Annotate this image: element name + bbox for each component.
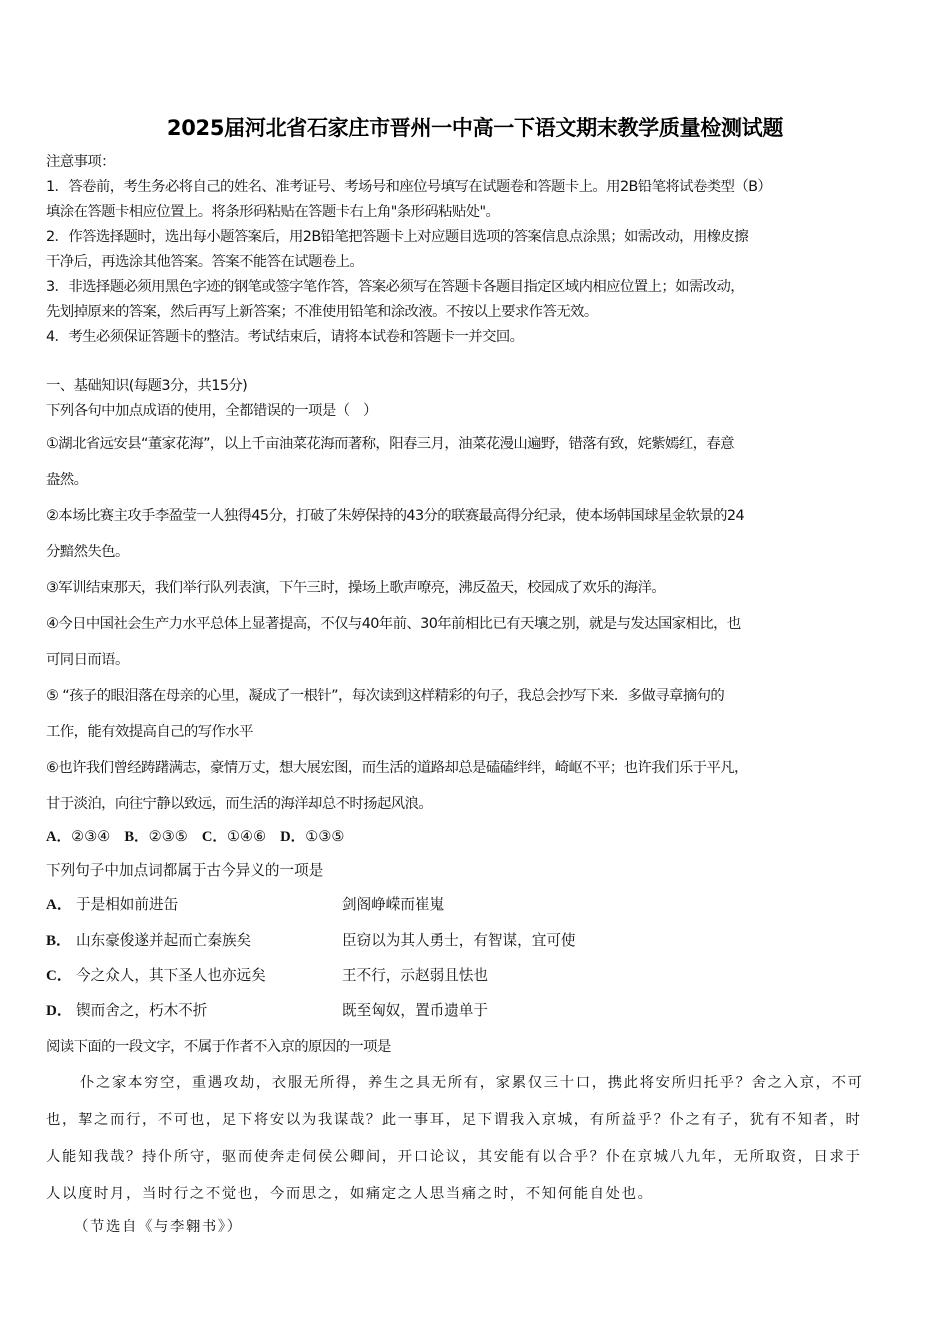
option-left-text: 锲而舍之，朽木不折 [76,1001,342,1021]
question-1-item: 工作，能有效提高自己的写作水平 [46,722,253,742]
option-a-value: ②③④ [71,828,110,845]
exam-page: 2025届河北省石家庄市晋州一中高一下语文期末教学质量检测试题 注意事项： 1．… [0,0,950,1344]
option-d-value: ①③⑤ [305,828,344,845]
question-1-options: A．②③④ B．②③⑤ C．①④⑥ D．①③⑤ [46,827,345,847]
section-heading: 一、基础知识(每题3分，共15分) [46,376,247,396]
passage-line: 也，挈之而行，不可也，足下将安以为我谋哉？此一事耳，足下谓我入京城，有所益乎？仆… [46,1110,862,1130]
question-1-item: 分黯然失色。 [46,542,129,562]
option-left-text: 今之众人，其下圣人也亦远矣 [76,966,342,986]
question-1-item: ②本场比赛主攻手李盈莹一人独得45分，打破了朱婷保持的43分的联赛最高得分纪录，… [46,506,744,526]
option-label: C． [46,966,76,986]
option-label: D． [46,1001,76,1021]
option-a-label: A． [46,829,71,845]
notice-line: 先划掉原来的答案，然后再写上新答案；不准使用铅笔和涂改液。不按以上要求作答无效。 [46,302,598,322]
question-1-item: ④今日中国社会生产力水平总体上显著提高，不仅与40年前、30年前相比已有天壤之别… [46,614,741,634]
question-1-item: ①湖北省远安县“董家花海”，以上千亩油菜花海而著称，阳春三月，油菜花漫山遍野，错… [46,434,734,454]
question-1-item: ⑥也许我们曾经踌躇满志，豪情万丈，想大展宏图，而生活的道路却总是磕磕绊绊，崎岖不… [46,758,748,778]
option-b-label: B． [124,829,148,845]
passage-line: 人能知我哉？持仆所守，驱而使奔走伺侯公卿间，开口论议，其安能有以合乎？仆在京城八… [46,1147,862,1167]
question-1-item: 可同日而语。 [46,650,129,670]
question-2-option-c: C．今之众人，其下圣人也亦远矣王不行，示赵弱且怯也 [46,966,488,986]
notice-line: 3．非选择题必须用黑色字迹的钢笔或签字笔作答，答案必须写在答题卡各题目指定区域内… [46,277,744,297]
option-d-label: D． [280,829,305,845]
question-1-item: ⑤ “孩子的眼泪落在母亲的心里，凝成了一根针”，每次读到这样精彩的句子，我总会抄… [46,686,724,706]
option-c-label: C． [202,829,227,845]
question-2-option-a: A．于是相如前进缶剑阁峥嵘而崔嵬 [46,895,444,915]
option-right-text: 臣窃以为其人勇士，有智谋，宜可使 [342,932,576,949]
notice-line: 1．答卷前，考生务必将自己的姓名、准考证号、考场号和座位号填写在试题卷和答题卡上… [46,177,771,197]
passage-line: 仆之家本穷空，重遇攻劫，衣服无所得，养生之具无所有，家累仅三十口，携此将安所归托… [80,1073,864,1093]
option-right-text: 既至匈奴，置币遗单于 [342,1002,488,1019]
question-2-stem: 下列句子中加点词都属于古今异义的一项是 [46,861,323,881]
option-right-text: 王不行，示赵弱且怯也 [342,967,488,984]
question-1-item: ③军训结束那天，我们举行队列表演，下午三时，操场上歌声嘹亮，沸反盈天，校园成了欢… [46,578,665,598]
notice-heading: 注意事项： [46,152,115,172]
notice-line: 填涂在答题卡相应位置上。将条形码粘贴在答题卡右上角"条形码粘贴处"。 [46,202,499,222]
question-2-option-d: D．锲而舍之，朽木不折既至匈奴，置币遗单于 [46,1001,488,1021]
question-3-stem: 阅读下面的一段文字，不属于作者不入京的原因的一项是 [46,1037,391,1057]
option-c-value: ①④⑥ [227,828,266,845]
passage-line: 人以度时月，当时行之不觉也，今而思之，如痛定之人思当痛之时，不知何能自处也。 [46,1184,654,1204]
question-1-item: 盎然。 [46,470,87,490]
passage-source: （节选自《与李翱书》） [74,1217,243,1237]
question-2-option-b: B．山东豪俊遂并起而亡秦族矣臣窃以为其人勇士，有智谋，宜可使 [46,931,576,951]
option-b-value: ②③⑤ [149,828,188,845]
notice-line: 2．作答选择题时，选出每小题答案后，用2B铅笔把答题卡上对应题目选项的答案信息点… [46,227,748,247]
notice-line: 4．考生必须保证答题卡的整洁。考试结束后，请将本试卷和答题卡一并交回。 [46,327,523,347]
option-label: B． [46,931,76,951]
question-1-stem: 下列各句中加点成语的使用，全都错误的一项是（ ） [46,401,377,421]
notice-line: 干净后，再选涂其他答案。答案不能答在试题卷上。 [46,252,363,272]
option-left-text: 山东豪俊遂并起而亡秦族矣 [76,931,342,951]
document-title: 2025届河北省石家庄市晋州一中高一下语文期末教学质量检测试题 [0,112,950,142]
option-left-text: 于是相如前进缶 [76,895,342,915]
option-label: A． [46,895,76,915]
question-1-item: 甘于淡泊，向往宁静以致远，而生活的海洋却总不时扬起风浪。 [46,794,432,814]
option-right-text: 剑阁峥嵘而崔嵬 [342,896,444,913]
